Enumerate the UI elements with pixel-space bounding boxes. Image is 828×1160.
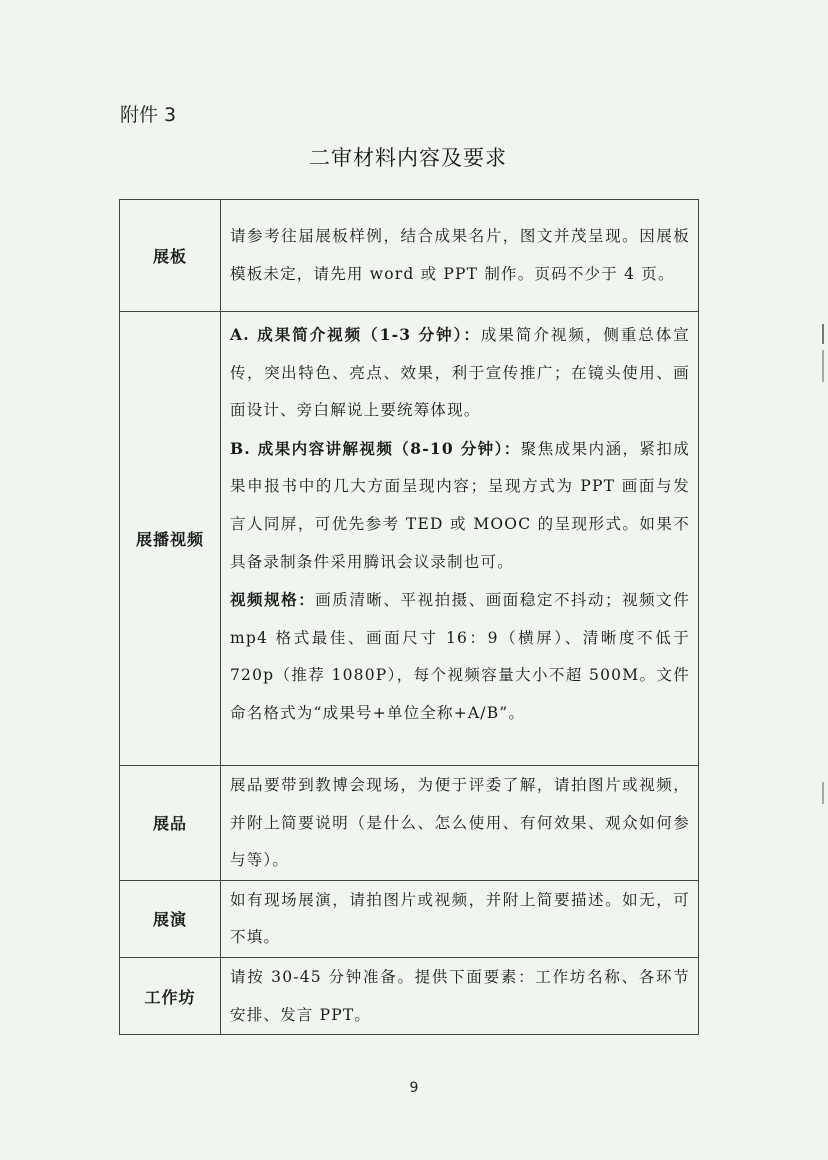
paragraph-text: 展品要带到教博会现场，为便于评委了解，请拍图片或视频，并附上简要说明（是什么、怎… xyxy=(230,776,690,869)
table-row-performance: 展演 如有现场展演，请拍图片或视频，并附上简要描述。如无，可不填。 xyxy=(120,880,699,957)
row-content: 展品要带到教博会现场，为便于评委了解，请拍图片或视频，并附上简要说明（是什么、怎… xyxy=(221,766,699,881)
table-row-video: 展播视频 A. 成果简介视频（1-3 分钟）：成果简介视频，侧重总体宣传，突出特… xyxy=(120,312,699,766)
row-content: 请参考往届展板样例，结合成果名片，图文并茂呈现。因展板模板未定，请先用 word… xyxy=(221,200,699,312)
content-paragraph: 视频规格：画质清晰、平视拍摄、画面稳定不抖动；视频文件 mp4 格式最佳、画面尺… xyxy=(230,581,690,732)
paragraph-heading: A. 成果简介视频（1-3 分钟）： xyxy=(230,325,481,344)
table-row-workshop: 工作坊 请按 30-45 分钟准备。提供下面要素：工作坊名称、各环节安排、发言 … xyxy=(120,957,699,1034)
row-content: 请按 30-45 分钟准备。提供下面要素：工作坊名称、各环节安排、发言 PPT。 xyxy=(221,957,699,1034)
paragraph-text: 请按 30-45 分钟准备。提供下面要素：工作坊名称、各环节安排、发言 PPT。 xyxy=(230,968,690,1024)
row-content: 如有现场展演，请拍图片或视频，并附上简要描述。如无，可不填。 xyxy=(221,880,699,957)
row-content: A. 成果简介视频（1-3 分钟）：成果简介视频，侧重总体宣传，突出特色、亮点、… xyxy=(221,312,699,766)
paragraph-text: 请参考往届展板样例，结合成果名片，图文并茂呈现。因展板模板未定，请先用 word… xyxy=(230,227,690,283)
paragraph-text: 画质清晰、平视拍摄、画面稳定不抖动；视频文件 mp4 格式最佳、画面尺寸 16：… xyxy=(230,591,690,722)
scan-artifact xyxy=(822,324,824,344)
content-paragraph: 请参考往届展板样例，结合成果名片，图文并茂呈现。因展板模板未定，请先用 word… xyxy=(230,217,690,293)
content-paragraph: B. 成果内容讲解视频（8-10 分钟）：聚焦成果内涵，紧扣成果申报书中的几大方… xyxy=(230,430,690,581)
scan-artifact xyxy=(822,782,824,804)
paragraph-heading: B. 成果内容讲解视频（8-10 分钟）： xyxy=(230,439,521,458)
content-paragraph: 请按 30-45 分钟准备。提供下面要素：工作坊名称、各环节安排、发言 PPT。 xyxy=(230,958,690,1034)
requirements-table: 展板 请参考往届展板样例，结合成果名片，图文并茂呈现。因展板模板未定，请先用 w… xyxy=(119,199,699,1035)
table-row-board: 展板 请参考往届展板样例，结合成果名片，图文并茂呈现。因展板模板未定，请先用 w… xyxy=(120,200,699,312)
table-row-exhibit: 展品 展品要带到教博会现场，为便于评委了解，请拍图片或视频，并附上简要说明（是什… xyxy=(120,766,699,881)
scan-artifact xyxy=(822,350,824,382)
page-number: 9 xyxy=(0,1080,828,1096)
row-label: 展板 xyxy=(120,200,221,312)
paragraph-text: 聚焦成果内涵，紧扣成果申报书中的几大方面呈现内容；呈现方式为 PPT 画面与发言… xyxy=(230,440,690,571)
paragraph-heading: 视频规格： xyxy=(230,590,315,609)
document-page: 附件 3 二审材料内容及要求 展板 请参考往届展板样例，结合成果名片，图文并茂呈… xyxy=(0,0,828,1160)
document-title-text: 二审材料内容及要求 xyxy=(309,146,507,170)
document-title: 二审材料内容及要求 xyxy=(0,142,828,172)
attachment-label: 附件 3 xyxy=(120,100,176,127)
row-label: 展演 xyxy=(120,880,221,957)
row-label: 展播视频 xyxy=(120,312,221,766)
row-label: 展品 xyxy=(120,766,221,881)
paragraph-text: 如有现场展演，请拍图片或视频，并附上简要描述。如无，可不填。 xyxy=(230,891,690,947)
content-paragraph: 展品要带到教博会现场，为便于评委了解，请拍图片或视频，并附上简要说明（是什么、怎… xyxy=(230,766,690,880)
row-label: 工作坊 xyxy=(120,957,221,1034)
content-paragraph: 如有现场展演，请拍图片或视频，并附上简要描述。如无，可不填。 xyxy=(230,881,690,957)
content-paragraph: A. 成果简介视频（1-3 分钟）：成果简介视频，侧重总体宣传，突出特色、亮点、… xyxy=(230,316,690,430)
